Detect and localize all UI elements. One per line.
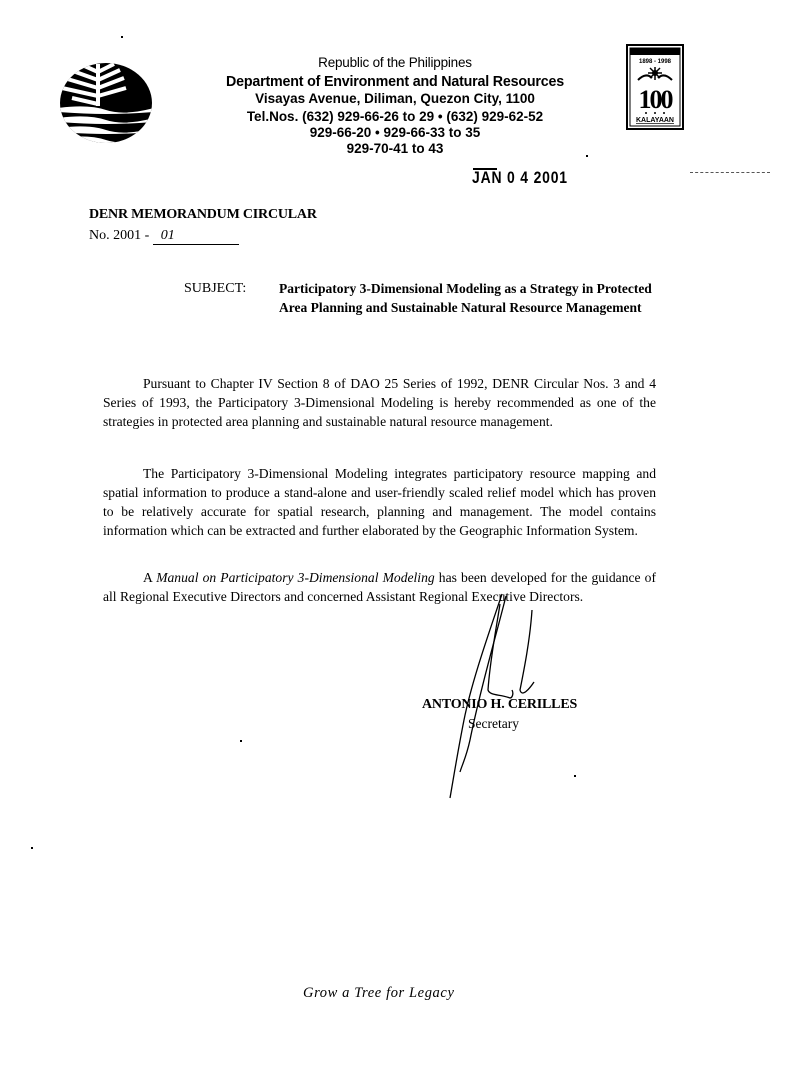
scan-speck xyxy=(121,36,123,38)
date-stamp: JAN 0 4 2001 xyxy=(472,168,568,188)
body-paragraph-2-text: The Participatory 3-Dimensional Modeling… xyxy=(103,466,656,538)
body-paragraph-1: Pursuant to Chapter IV Section 8 of DAO … xyxy=(103,374,656,431)
signatory-name: ANTONIO H. CERILLES xyxy=(422,697,577,713)
circular-number-prefix: No. 2001 - xyxy=(89,228,153,243)
letterhead: Republic of the Philippines Department o… xyxy=(200,55,590,156)
badge-label: KALAYAAN xyxy=(636,117,674,124)
handwritten-signature-icon xyxy=(420,590,560,800)
letterhead-department: Department of Environment and Natural Re… xyxy=(210,73,581,90)
letterhead-tel-line-3: 929-70-41 to 43 xyxy=(200,141,590,156)
letterhead-tel-line-1: Tel.Nos. (632) 929-66-26 to 29 • (632) 9… xyxy=(200,109,590,124)
centennial-badge-icon: 1898 - 1998 100 KALAYAAN xyxy=(626,44,684,130)
denr-tree-logo-icon xyxy=(58,58,154,144)
subject-text: Participatory 3-Dimensional Modeling as … xyxy=(279,279,659,317)
letterhead-address: Visayas Avenue, Diliman, Quezon City, 11… xyxy=(200,91,590,106)
manual-title: Manual on Participatory 3-Dimensional Mo… xyxy=(156,570,435,585)
scan-speck xyxy=(586,155,588,157)
scan-speck xyxy=(240,740,242,742)
stray-dash-line xyxy=(690,172,770,173)
scan-speck xyxy=(574,775,576,777)
signatory-title: Secretary xyxy=(468,716,519,732)
badge-years: 1898 - 1998 xyxy=(639,59,672,65)
circular-number: No. 2001 - 01 xyxy=(89,228,239,245)
letterhead-republic: Republic of the Philippines xyxy=(200,55,590,70)
scan-speck xyxy=(31,847,33,849)
badge-number: 100 xyxy=(639,85,674,114)
body-paragraph-3: A Manual on Participatory 3-Dimensional … xyxy=(103,568,656,606)
letterhead-tel-line-2: 929-66-20 • 929-66-33 to 35 xyxy=(200,125,590,140)
footer-motto: Grow a Tree for Legacy xyxy=(303,985,454,1002)
subject-label: SUBJECT: xyxy=(184,281,246,297)
body-paragraph-1-text: Pursuant to Chapter IV Section 8 of DAO … xyxy=(103,376,656,429)
body-paragraph-2: The Participatory 3-Dimensional Modeling… xyxy=(103,464,656,540)
body-paragraph-3-prefix: A xyxy=(143,570,156,585)
circular-number-handwritten: 01 xyxy=(153,228,239,245)
circular-title: DENR MEMORANDUM CIRCULAR xyxy=(89,207,317,223)
